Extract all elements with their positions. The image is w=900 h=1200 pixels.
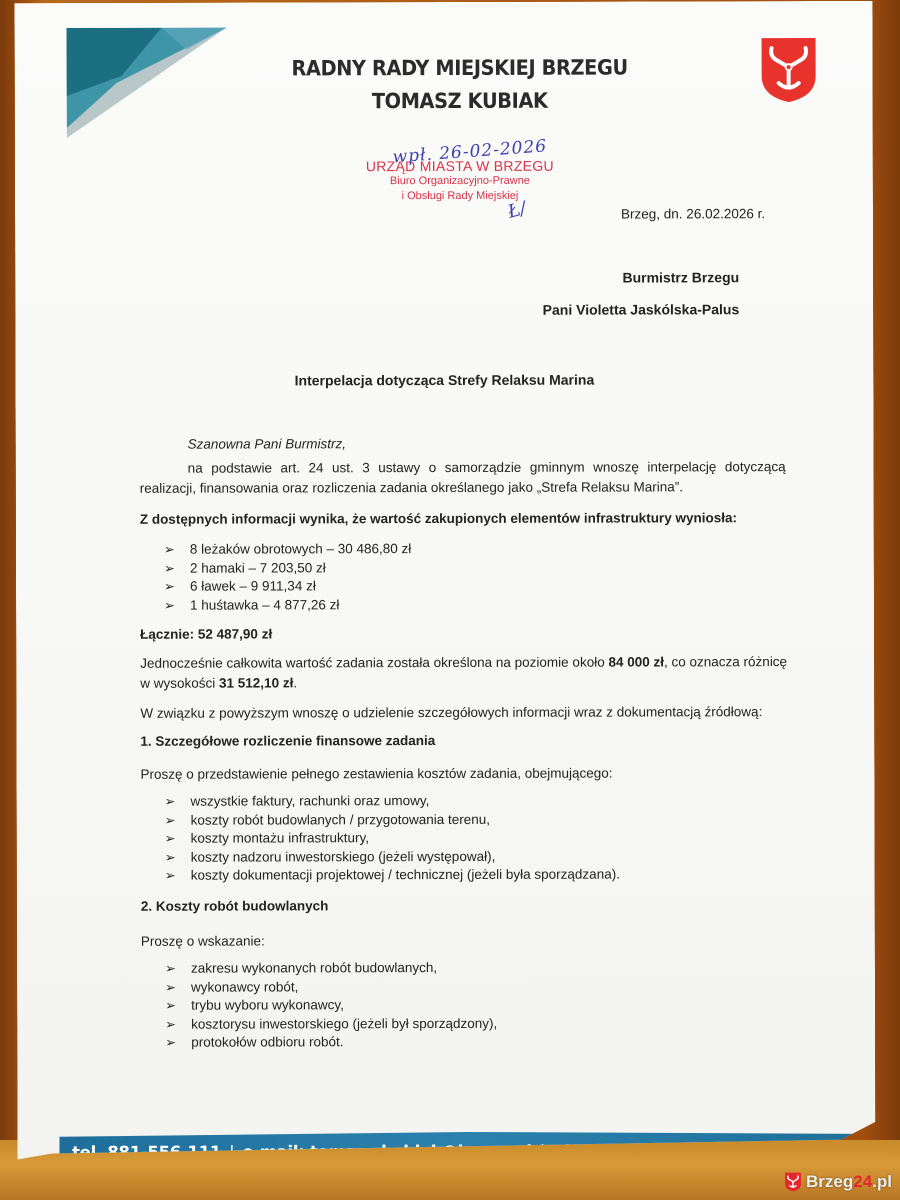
document-title: Interpelacja dotycząca Strefy Relaksu Ma… bbox=[15, 371, 873, 389]
section-1-item: ➢koszty montażu infrastruktury, bbox=[165, 829, 620, 849]
watermark-text-brzeg: Brzeg bbox=[806, 1172, 853, 1192]
section-2-item: ➢kosztorysu inwestorskiego (jeżeli był s… bbox=[165, 1014, 497, 1033]
infrastructure-list: ➢8 leżaków obrotowych – 30 486,80 zł➢2 h… bbox=[164, 540, 412, 615]
arrow-bullet-icon: ➢ bbox=[165, 848, 176, 867]
section-1-item-text: koszty dokumentacji projektowej / techni… bbox=[191, 867, 620, 883]
section-2-item-text: kosztorysu inwestorskiego (jeżeli był sp… bbox=[191, 1015, 497, 1031]
section-2-item: ➢zakresu wykonanych robót budowlanych, bbox=[165, 959, 497, 978]
letterhead-line-2: TOMASZ KUBIAK bbox=[225, 84, 694, 118]
stamp-department-line-2: i Obsługi Rady Miejskiej bbox=[360, 189, 560, 205]
brzeg24-watermark: Brzeg24.pl bbox=[784, 1172, 892, 1192]
section-2-item-text: wykonawcy robót, bbox=[191, 979, 298, 994]
arrow-bullet-icon: ➢ bbox=[165, 1015, 176, 1034]
infrastructure-item-text: 1 huśtawka – 4 877,26 zł bbox=[190, 597, 339, 612]
arrow-bullet-icon: ➢ bbox=[165, 1034, 176, 1053]
letterhead-title: RADNY RADY MIEJSKIEJ BRZEGU TOMASZ KUBIA… bbox=[225, 51, 694, 118]
arrow-bullet-icon: ➢ bbox=[164, 596, 175, 615]
section-1-heading: 1. Szczegółowe rozliczenie finansowe zad… bbox=[140, 731, 435, 752]
section-2-item: ➢wykonawcy robót, bbox=[165, 977, 497, 996]
difference-text-3: . bbox=[293, 675, 297, 690]
section-1-list: ➢wszystkie faktury, rachunki oraz umowy,… bbox=[165, 792, 620, 886]
section-2-heading: 2. Koszty robót budowlanych bbox=[141, 896, 329, 916]
total-amount: Łącznie: 52 487,90 zł bbox=[140, 624, 272, 644]
arrow-bullet-icon: ➢ bbox=[165, 793, 176, 812]
infrastructure-item: ➢8 leżaków obrotowych – 30 486,80 zł bbox=[164, 540, 411, 559]
infrastructure-intro: Z dostępnych informacji wynika, że warto… bbox=[140, 508, 737, 530]
arrow-bullet-icon: ➢ bbox=[165, 960, 176, 979]
request-paragraph: W związku z powyższym wnoszę o udzieleni… bbox=[140, 702, 762, 724]
section-1-item: ➢koszty dokumentacji projektowej / techn… bbox=[165, 866, 620, 886]
infrastructure-item-text: 8 leżaków obrotowych – 30 486,80 zł bbox=[190, 541, 411, 557]
brzeg24-logo-icon bbox=[784, 1172, 802, 1192]
addressee-name: Pani Violetta Jaskólska-Palus bbox=[543, 301, 740, 318]
letter-page: RADNY RADY MIEJSKIEJ BRZEGU TOMASZ KUBIA… bbox=[14, 1, 875, 1183]
addressee-title: Burmistrz Brzegu bbox=[622, 269, 739, 285]
section-2-item: ➢protokołów odbioru robót. bbox=[165, 1033, 497, 1052]
section-1-item: ➢koszty robót budowlanych / przygotowani… bbox=[165, 810, 620, 830]
arrow-bullet-icon: ➢ bbox=[165, 978, 176, 997]
place-and-date: Brzeg, dn. 26.02.2026 r. bbox=[621, 206, 765, 221]
arrow-bullet-icon: ➢ bbox=[165, 997, 176, 1016]
section-1-item-text: wszystkie faktury, rachunki oraz umowy, bbox=[191, 793, 430, 809]
letterhead-line-1: RADNY RADY MIEJSKIEJ BRZEGU bbox=[225, 51, 694, 85]
section-2-item-text: zakresu wykonanych robót budowlanych, bbox=[191, 960, 437, 976]
watermark-text-pl: .pl bbox=[872, 1172, 892, 1192]
infrastructure-item: ➢6 ławek – 9 911,34 zł bbox=[164, 577, 411, 596]
watermark-text-24: 24 bbox=[853, 1172, 872, 1192]
section-1-item-text: koszty montażu infrastruktury, bbox=[191, 830, 369, 845]
difference-text-1: Jednocześnie całkowita wartość zadania z… bbox=[140, 655, 608, 671]
section-2-intro: Proszę o wskazanie: bbox=[141, 931, 265, 951]
difference-amount: 31 512,10 zł bbox=[219, 675, 293, 690]
teal-triangle-decoration-icon bbox=[67, 28, 227, 138]
section-1-intro: Proszę o przedstawienie pełnego zestawie… bbox=[140, 764, 612, 785]
section-2-item-text: protokołów odbioru robót. bbox=[191, 1034, 343, 1049]
section-1-item-text: koszty nadzoru inwestorskiego (jeżeli wy… bbox=[191, 848, 496, 864]
salutation: Szanowna Pani Burmistrz, bbox=[188, 434, 346, 454]
arrow-bullet-icon: ➢ bbox=[164, 541, 175, 560]
total-task-value: 84 000 zł bbox=[608, 654, 664, 669]
section-2-list: ➢zakresu wykonanych robót budowlanych,➢w… bbox=[165, 959, 497, 1052]
section-2-item: ➢trybu wyboru wykonawcy, bbox=[165, 996, 497, 1015]
infrastructure-item: ➢2 hamaki – 7 203,50 zł bbox=[164, 559, 411, 578]
arrow-bullet-icon: ➢ bbox=[165, 830, 176, 849]
arrow-bullet-icon: ➢ bbox=[165, 811, 176, 830]
section-1-item: ➢koszty nadzoru inwestorskiego (jeżeli w… bbox=[165, 847, 620, 867]
arrow-bullet-icon: ➢ bbox=[164, 578, 175, 597]
intro-paragraph: na podstawie art. 24 ust. 3 ustawy o sam… bbox=[140, 457, 786, 499]
section-1-item: ➢wszystkie faktury, rachunki oraz umowy, bbox=[165, 792, 620, 812]
section-1-item-text: koszty robót budowlanych / przygotowania… bbox=[191, 811, 490, 827]
infrastructure-item-text: 2 hamaki – 7 203,50 zł bbox=[190, 560, 326, 575]
section-2-item-text: trybu wyboru wykonawcy, bbox=[191, 997, 344, 1012]
stamp-department-line-1: Biuro Organizacyjno-Prawne bbox=[360, 174, 560, 190]
difference-paragraph: Jednocześnie całkowita wartość zadania z… bbox=[140, 652, 790, 694]
infrastructure-item-text: 6 ławek – 9 911,34 zł bbox=[190, 578, 316, 593]
brzeg-coat-of-arms-icon bbox=[760, 36, 818, 104]
arrow-bullet-icon: ➢ bbox=[164, 559, 175, 578]
arrow-bullet-icon: ➢ bbox=[165, 867, 176, 886]
infrastructure-item: ➢1 huśtawka – 4 877,26 zł bbox=[164, 596, 411, 615]
received-stamp: wpł. 26-02-2026 URZĄD MIASTA W BRZEGU Bi… bbox=[360, 142, 560, 205]
